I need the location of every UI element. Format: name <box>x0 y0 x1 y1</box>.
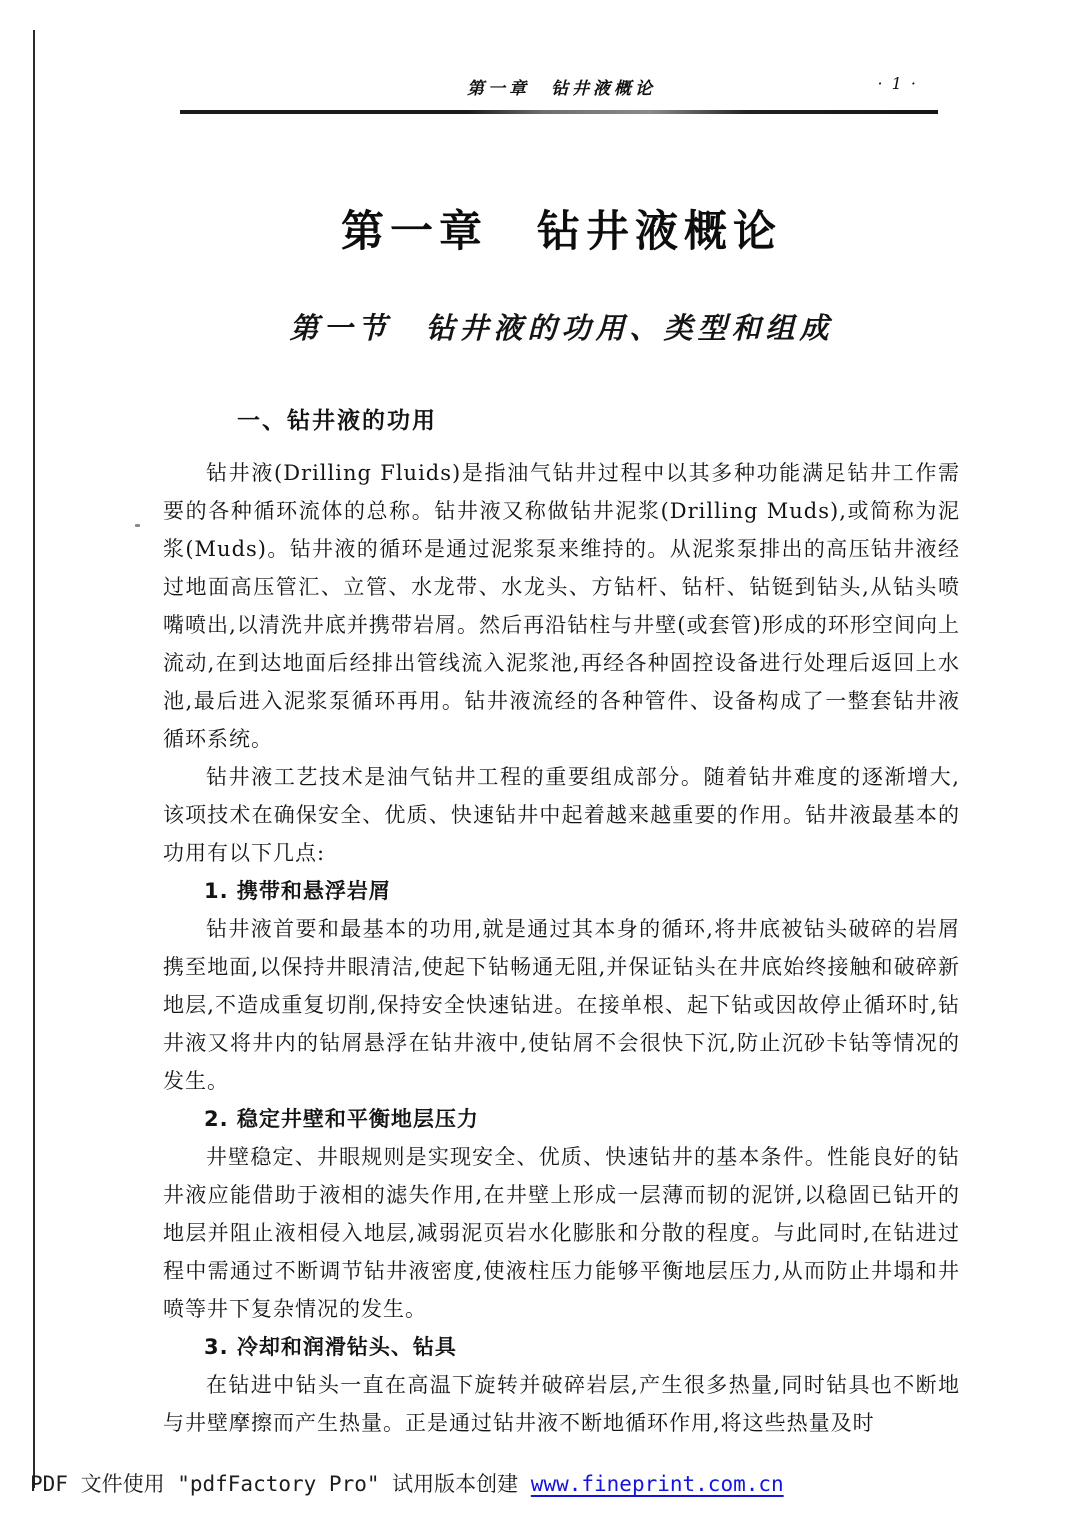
pdf-watermark-footer: PDF 文件使用 "pdfFactory Pro" 试用版本创建 www.fin… <box>30 1468 1050 1498</box>
fineprint-link[interactable]: www.fineprint.com.cn <box>531 1472 784 1496</box>
running-header: 第一章 钻井液概论 · 1 · <box>163 74 960 99</box>
subheading-carry-and-suspend-cuttings: 1. 携带和悬浮岩屑 <box>163 872 960 910</box>
scanned-document-page: 第一章 钻井液概论 · 1 · 第一章 钻井液概论 第一节 钻井液的功用、类型和… <box>0 0 1080 1526</box>
section-title: 第一节 钻井液的功用、类型和组成 <box>163 306 960 347</box>
paragraph-cool-and-lubricate-bit: 在钻进中钻头一直在高温下旋转并破碎岩层,产生很多热量,同时钻具也不断地与井壁摩擦… <box>163 1366 960 1442</box>
chapter-title: 第一章 钻井液概论 <box>163 198 960 259</box>
subheading-stabilize-wellbore: 2. 稳定井壁和平衡地层压力 <box>163 1100 960 1138</box>
scan-edge-line <box>33 30 35 1488</box>
paragraph-definition-and-circulation: 钻井液(Drilling Fluids)是指油气钻井过程中以其多种功能满足钻井工… <box>163 454 960 758</box>
scan-speck <box>135 524 140 527</box>
paragraph-stabilize-wellbore: 井壁稳定、井眼规则是实现安全、优质、快速钻井的基本条件。性能良好的钻井液应能借助… <box>163 1138 960 1328</box>
paragraph-importance-of-technology: 钻井液工艺技术是油气钻井工程的重要组成部分。随着钻井难度的逐渐增大,该项技术在确… <box>163 758 960 872</box>
subheading-cool-and-lubricate-bit: 3. 冷却和润滑钻头、钻具 <box>163 1328 960 1366</box>
body-content: 一、钻井液的功用 钻井液(Drilling Fluids)是指油气钻井过程中以其… <box>163 404 960 1442</box>
heading-functions-of-drilling-fluid: 一、钻井液的功用 <box>237 404 960 438</box>
paragraph-carry-and-suspend-cuttings: 钻井液首要和最基本的功用,就是通过其本身的循环,将井底被钻头破碎的岩屑携至地面,… <box>163 910 960 1100</box>
page-number: · 1 · <box>877 74 918 93</box>
header-rule <box>180 110 938 114</box>
pdf-watermark-text: PDF 文件使用 "pdfFactory Pro" 试用版本创建 <box>30 1472 531 1496</box>
running-header-title: 第一章 钻井液概论 <box>467 79 656 99</box>
